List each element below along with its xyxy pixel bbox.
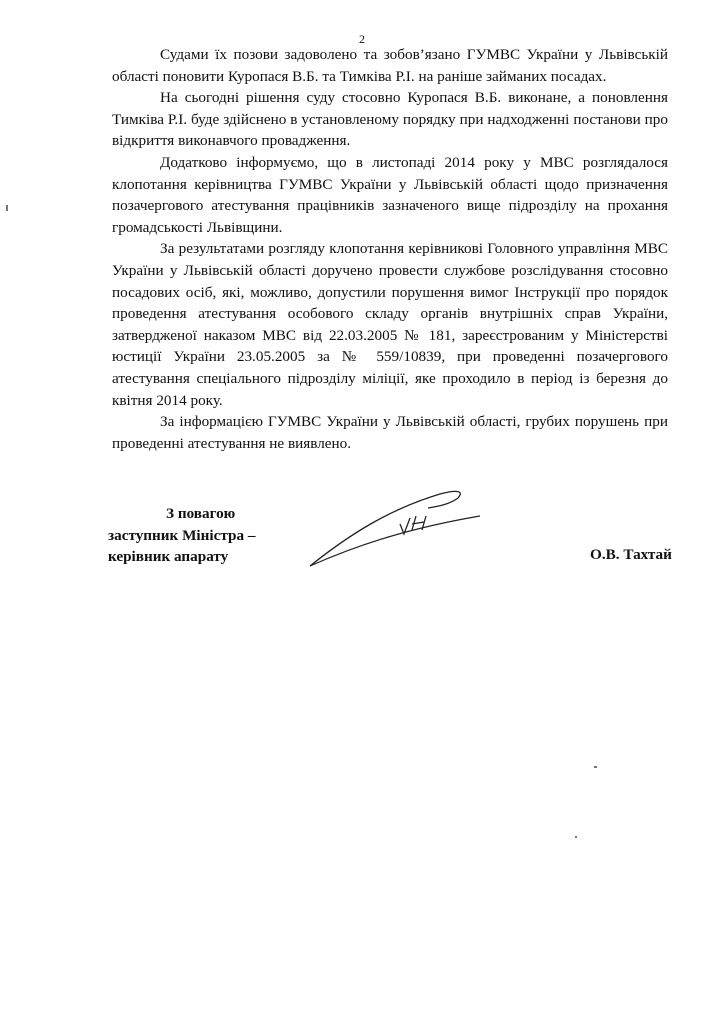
- signatory-title-line2: керівник апарату: [108, 546, 255, 568]
- letter-body: Судами їх позови задоволено та зобов’яза…: [112, 44, 668, 454]
- signatory-name: О.В. Тахтай: [590, 546, 672, 564]
- signatory-title-line1: заступник Міністра –: [108, 525, 255, 547]
- closing-block: З повагою заступник Міністра – керівник …: [108, 503, 255, 568]
- paragraph-court-rulings: Судами їх позови задоволено та зобов’яза…: [112, 44, 668, 87]
- paragraph-investigation: За результатами розгляду клопотання кері…: [112, 238, 668, 411]
- paragraph-attestation-request: Додатково інформуємо, що в листопаді 201…: [112, 152, 668, 238]
- paragraph-execution-status: На сьогодні рішення суду стосовно Куропа…: [112, 87, 668, 152]
- scan-artifact: [575, 836, 577, 838]
- handwritten-signature: [300, 484, 490, 579]
- scan-artifact: [594, 766, 597, 768]
- scan-artifact: [6, 205, 8, 211]
- closing-salutation: З повагою: [108, 503, 255, 525]
- paragraph-conclusion: За інформацією ГУМВС України у Львівські…: [112, 411, 668, 454]
